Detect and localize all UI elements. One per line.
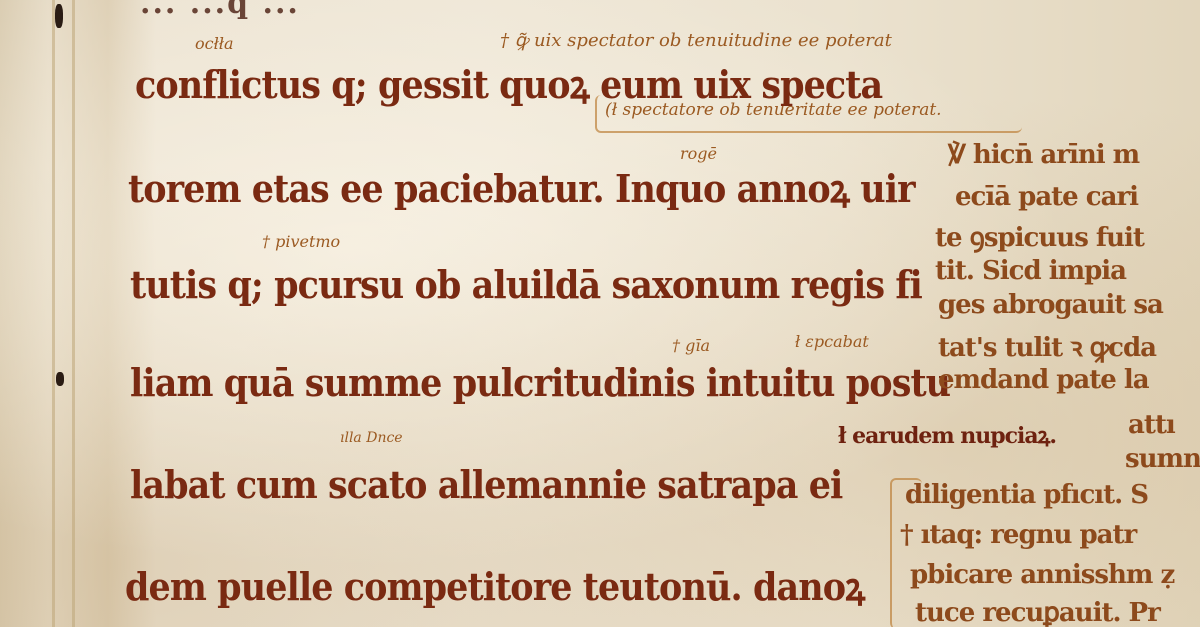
gloss-illa-duce: ılla Dnce xyxy=(340,430,403,446)
sewing-hole xyxy=(56,372,64,386)
gloss-ocella: ocłła xyxy=(195,34,234,53)
manuscript-line-4: liam quā summe pulcritudinis intuitu pos… xyxy=(130,360,950,405)
gloss-quoniam-uix: † ꝙ̃ uix spectator ob tenuitudine ee pot… xyxy=(500,28,892,52)
manuscript-line-6: dem puelle competitore teutonū. danoꝝ xyxy=(125,560,864,612)
gloss-pivetmo: † pivetmo xyxy=(262,232,340,251)
margin-note-line: emdand pate la xyxy=(938,365,1149,395)
margin-note-line: ℣ hicn̄ arīni m xyxy=(948,140,1139,170)
gloss-expectabat: ł ɛpcabat xyxy=(795,332,869,351)
binding-fold-line xyxy=(52,0,55,627)
margin-note-line: tuce recuꝑauit. Pr xyxy=(915,598,1160,627)
manuscript-line-2: torem etas ee paciebatur. Inquo annoꝝ ui… xyxy=(128,162,915,214)
gloss-gratia: † gīa xyxy=(672,336,710,355)
binding-fold-line xyxy=(72,0,75,627)
margin-note-line: ecīā pate cari xyxy=(955,182,1138,212)
margin-note-line: tat's tulit ꝛ ꝙcda xyxy=(938,328,1156,364)
margin-note-line: ges abrogauit sa xyxy=(938,290,1163,320)
gloss-bracket xyxy=(595,95,1022,133)
margin-note-line: pbicare annisshm ẓ xyxy=(910,560,1174,590)
right-margin-gloss: ł earudem nupciaꝝ. xyxy=(838,420,1056,450)
sewing-hole xyxy=(55,4,63,28)
margin-note-line: attı xyxy=(1128,410,1175,440)
margin-note-line: tit. Sicd impia xyxy=(935,256,1126,286)
margin-note-line: diligentia pfıcıt. S xyxy=(905,480,1148,510)
manuscript-line-5: labat cum scato allemannie satrapa ei xyxy=(130,462,842,507)
margin-note-line: † ıtaq: regnu patr xyxy=(900,520,1136,550)
margin-note-line: te ꝯspicuus fuit xyxy=(935,218,1144,254)
gloss-rege: rogē xyxy=(680,144,717,163)
margin-note-line: sumn xyxy=(1125,444,1200,474)
cropped-top-line: ... ...q ... xyxy=(140,0,300,21)
manuscript-line-3: tutis q; pcursu ob aluildā saxonum regis… xyxy=(130,262,922,307)
